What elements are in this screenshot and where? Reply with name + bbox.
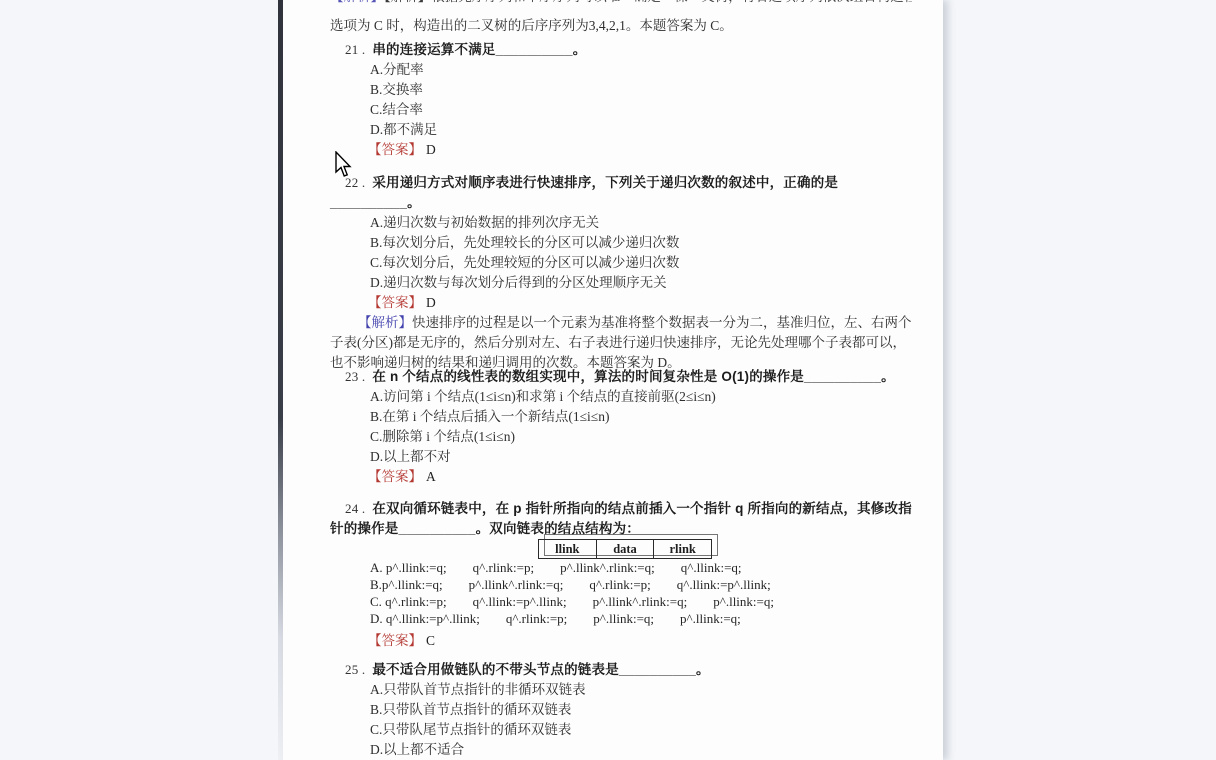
answer-line: 【答案】D: [368, 140, 912, 160]
question-25: 25 .最不适合用做链队的不带头节点的链表是__________。 A.只带队首…: [330, 660, 912, 760]
question-21: 21 .串的连接运算不满足__________。 A.分配率 B.交换率 C.结…: [330, 40, 912, 160]
option-d: D.以上都不适合: [370, 740, 912, 760]
document-page[interactable]: 【解析】【解析】根据先序序列和中序序列可以唯一确定一棵二叉树，将各选项序列依次组…: [283, 0, 943, 760]
code-segment: q^.llink:=p^.llink;: [473, 593, 567, 610]
answer-label: 【答案】: [368, 633, 422, 648]
question-title-text: 在双向循环链表中，在 p 指针所指向的结点前插入一个指针 q 所指向的新结点，其…: [330, 501, 912, 536]
code-options: A. p^.llink:=q;q^.rlink:=p;p^.llink^.rli…: [370, 559, 912, 627]
option-a: A.递归次数与初始数据的排列次序无关: [370, 213, 912, 233]
code-segment: p^.llink:=q;: [680, 610, 741, 627]
code-segment: p^.llink:=q;: [713, 593, 774, 610]
question-number: 25 .: [345, 662, 372, 677]
answer-label: 【答案】: [368, 469, 422, 484]
code-segment: A. p^.llink:=q;: [370, 559, 447, 576]
answer-line: 【答案】A: [368, 467, 912, 487]
mouse-cursor-icon: [334, 151, 352, 179]
option-d: D. q^.llink:=p^.llink;q^.rlink:=p;p^.lli…: [370, 610, 912, 627]
code-segment: q^.llink:=p^.llink;: [677, 576, 771, 593]
analysis-paragraph: 【解析】快速排序的过程是以一个元素为基准将整个数据表一分为二，基准归位，左、右两…: [330, 313, 912, 373]
question-title-text: 在 n 个结点的线性表的数组实现中，算法的时间复杂性是 O(1)的操作是____…: [372, 369, 894, 384]
option-a: A.访问第 i 个结点(1≤i≤n)和求第 i 个结点的直接前驱(2≤i≤n): [370, 387, 912, 407]
answer-value: D: [422, 295, 436, 310]
answer-label: 【答案】: [368, 142, 422, 157]
question-22: 22 .采用递归方式对顺序表进行快速排序，下列关于递归次数的叙述中，正确的是__…: [330, 173, 912, 373]
question-title-text: 串的连接运算不满足__________。: [372, 42, 586, 57]
option-b: B.在第 i 个结点后插入一个新结点(1≤i≤n): [370, 407, 912, 427]
option-b: B.每次划分后，先处理较长的分区可以减少递归次数: [370, 233, 912, 253]
answer-value: A: [422, 469, 436, 484]
option-d: D.都不满足: [370, 120, 912, 140]
option-c: C.只带队尾节点指针的循环双链表: [370, 720, 912, 740]
option-c: C.结合率: [370, 100, 912, 120]
code-segment: B.p^.llink:=q;: [370, 576, 443, 593]
answer-line: 【答案】D: [368, 293, 912, 313]
option-d: D.以上都不对: [370, 447, 912, 467]
question-number: 24 .: [345, 501, 372, 516]
question-title: 23 .在 n 个结点的线性表的数组实现中，算法的时间复杂性是 O(1)的操作是…: [330, 367, 912, 387]
question-number: 23 .: [345, 369, 372, 384]
code-segment: q^.rlink:=p;: [473, 559, 534, 576]
question-number: 21 .: [345, 42, 372, 57]
analysis-label: 【解析】: [358, 315, 412, 330]
table-cell-rlink: rlink: [653, 540, 711, 558]
table-cell-llink: llink: [539, 540, 596, 558]
question-24: 24 .在双向循环链表中，在 p 指针所指向的结点前插入一个指针 q 所指向的新…: [330, 499, 912, 651]
table-cell-data: data: [596, 540, 654, 558]
question-title: 22 .采用递归方式对顺序表进行快速排序，下列关于递归次数的叙述中，正确的是__…: [330, 173, 912, 213]
option-b: B.只带队首节点指针的循环双链表: [370, 700, 912, 720]
node-structure-table: llink data rlink: [538, 539, 712, 559]
code-segment: C. q^.rlink:=p;: [370, 593, 447, 610]
option-c: C. q^.rlink:=p;q^.llink:=p^.llink;p^.lli…: [370, 593, 912, 610]
question-title: 21 .串的连接运算不满足__________。: [330, 40, 912, 60]
option-c: C.每次划分后，先处理较短的分区可以减少递归次数: [370, 253, 912, 273]
option-a: A.只带队首节点指针的非循环双链表: [370, 680, 912, 700]
code-segment: p^.llink:=q;: [593, 610, 654, 627]
option-b: B.p^.llink:=q;p^.llink^.rlink:=q;q^.rlin…: [370, 576, 912, 593]
question-title-text: 最不适合用做链队的不带头节点的链表是__________。: [372, 662, 709, 677]
option-b: B.交换率: [370, 80, 912, 100]
question-title: 24 .在双向循环链表中，在 p 指针所指向的结点前插入一个指针 q 所指向的新…: [330, 499, 912, 539]
option-a: A. p^.llink:=q;q^.rlink:=p;p^.llink^.rli…: [370, 559, 912, 576]
question-23: 23 .在 n 个结点的线性表的数组实现中，算法的时间复杂性是 O(1)的操作是…: [330, 367, 912, 487]
code-segment: p^.llink^.rlink:=q;: [593, 593, 688, 610]
question-title-text: 采用递归方式对顺序表进行快速排序，下列关于递归次数的叙述中，正确的是______…: [330, 175, 838, 210]
analysis-label: 【解析】: [330, 0, 384, 4]
code-segment: q^.llink:=q;: [681, 559, 742, 576]
partial-line-text: 【解析】根据先序序列和中序序列可以唯一确定一棵二叉树，将各选项序列依次组合构造检…: [384, 0, 912, 4]
partial-top-line: 【解析】【解析】根据先序序列和中序序列可以唯一确定一棵二叉树，将各选项序列依次组…: [330, 0, 912, 7]
option-c: C.删除第 i 个结点(1≤i≤n): [370, 427, 912, 447]
answer-value: D: [422, 142, 436, 157]
code-segment: D. q^.llink:=p^.llink;: [370, 610, 480, 627]
answer-value: C: [422, 633, 435, 648]
code-segment: p^.llink^.rlink:=q;: [469, 576, 564, 593]
code-segment: q^.rlink:=p;: [589, 576, 650, 593]
code-segment: q^.rlink:=p;: [506, 610, 567, 627]
option-a: A.分配率: [370, 60, 912, 80]
answer-line: 【答案】C: [368, 631, 912, 651]
code-segment: p^.llink^.rlink:=q;: [560, 559, 655, 576]
explanation-continuation-line: 选项为 C 时，构造出的二叉树的后序序列为3,4,2,1。本题答案为 C。: [330, 16, 912, 36]
answer-label: 【答案】: [368, 295, 422, 310]
analysis-text: 快速排序的过程是以一个元素为基准将整个数据表一分为二，基准归位，左、右两个子表(…: [330, 315, 912, 370]
option-d: D.递归次数与每次划分后得到的分区处理顺序无关: [370, 273, 912, 293]
question-title: 25 .最不适合用做链队的不带头节点的链表是__________。: [330, 660, 912, 680]
